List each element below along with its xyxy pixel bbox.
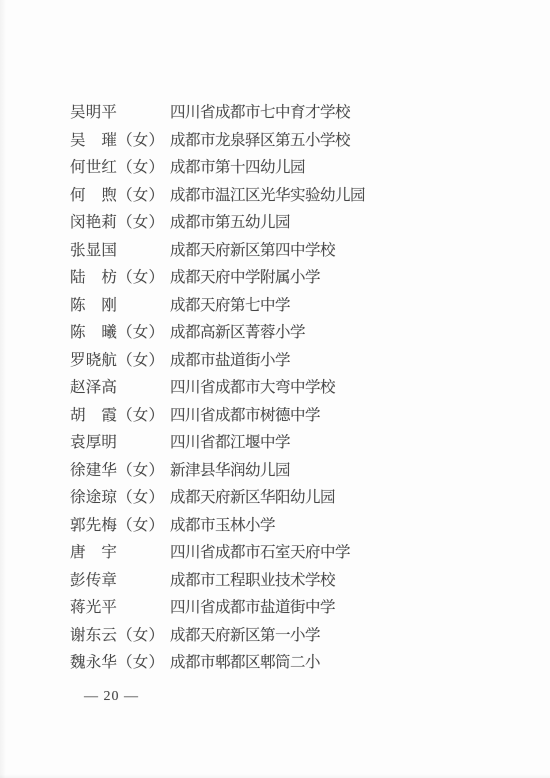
school-name: 成都市郫都区郫筒二小	[170, 649, 320, 677]
roster-row: 张显国 成都天府新区第四中学校	[70, 237, 510, 265]
roster-row: 唐 宇 四川省成都市石室天府中学	[70, 539, 510, 567]
person-name: 陈 曦（女）	[70, 319, 170, 347]
school-name: 成都市第十四幼儿园	[170, 154, 305, 182]
school-name: 成都天府新区第一小学	[170, 622, 320, 650]
person-name: 罗晓航（女）	[70, 347, 170, 375]
person-name: 陈 刚	[70, 292, 170, 320]
roster-row: 袁厚明 四川省都江堰中学	[70, 429, 510, 457]
school-name: 成都市玉林小学	[170, 512, 275, 540]
roster-row: 闵艳莉（女） 成都市第五幼儿园	[70, 209, 510, 237]
person-name: 袁厚明	[70, 429, 170, 457]
school-name: 成都市第五幼儿园	[170, 209, 290, 237]
school-name: 成都市盐道街小学	[170, 347, 290, 375]
person-name: 张显国	[70, 237, 170, 265]
roster-row: 赵泽高 四川省成都市大弯中学校	[70, 374, 510, 402]
school-name: 四川省成都市大弯中学校	[170, 374, 335, 402]
person-name: 彭传章	[70, 567, 170, 595]
school-name: 四川省成都市树德中学	[170, 402, 320, 430]
school-name: 成都市龙泉驿区第五小学校	[170, 127, 350, 155]
roster-row: 郭先梅（女） 成都市玉林小学	[70, 512, 510, 540]
roster-row: 陈 曦（女） 成都高新区菁蓉小学	[70, 319, 510, 347]
person-name: 吴 璀（女）	[70, 127, 170, 155]
roster-row: 陆 枋（女） 成都天府中学附属小学	[70, 264, 510, 292]
school-name: 成都高新区菁蓉小学	[170, 319, 305, 347]
roster-row: 何 煦（女） 成都市温江区光华实验幼儿园	[70, 182, 510, 210]
page-number: — 20 —	[84, 688, 139, 706]
school-name: 新津县华润幼儿园	[170, 457, 290, 485]
person-name: 何世红（女）	[70, 154, 170, 182]
person-name: 魏永华（女）	[70, 649, 170, 677]
roster-row: 胡 霞（女） 四川省成都市树德中学	[70, 402, 510, 430]
school-name: 四川省成都市七中育才学校	[170, 99, 350, 127]
person-name: 闵艳莉（女）	[70, 209, 170, 237]
school-name: 成都市温江区光华实验幼儿园	[170, 182, 365, 210]
school-name: 四川省成都市石室天府中学	[170, 539, 350, 567]
person-name: 郭先梅（女）	[70, 512, 170, 540]
school-name: 成都天府第七中学	[170, 292, 290, 320]
person-name: 谢东云（女）	[70, 622, 170, 650]
person-name: 蒋光平	[70, 594, 170, 622]
document-page: 吴明平 四川省成都市七中育才学校 吴 璀（女） 成都市龙泉驿区第五小学校 何世红…	[0, 0, 550, 778]
roster-row: 徐建华（女） 新津县华润幼儿园	[70, 457, 510, 485]
person-name: 唐 宇	[70, 539, 170, 567]
roster-row: 蒋光平 四川省成都市盐道街中学	[70, 594, 510, 622]
school-name: 成都天府新区华阳幼儿园	[170, 484, 335, 512]
roster-row: 彭传章 成都市工程职业技术学校	[70, 567, 510, 595]
roster-row: 谢东云（女） 成都天府新区第一小学	[70, 622, 510, 650]
school-name: 成都市工程职业技术学校	[170, 567, 335, 595]
person-name: 何 煦（女）	[70, 182, 170, 210]
roster-row: 徐途琼（女） 成都天府新区华阳幼儿园	[70, 484, 510, 512]
school-name: 四川省都江堰中学	[170, 429, 290, 457]
roster-row: 罗晓航（女） 成都市盐道街小学	[70, 347, 510, 375]
school-name: 四川省成都市盐道街中学	[170, 594, 335, 622]
person-name: 赵泽高	[70, 374, 170, 402]
roster-row: 吴 璀（女） 成都市龙泉驿区第五小学校	[70, 127, 510, 155]
roster-row: 何世红（女） 成都市第十四幼儿园	[70, 154, 510, 182]
person-name: 陆 枋（女）	[70, 264, 170, 292]
roster-row: 吴明平 四川省成都市七中育才学校	[70, 99, 510, 127]
person-name: 胡 霞（女）	[70, 402, 170, 430]
school-name: 成都天府中学附属小学	[170, 264, 320, 292]
roster-row: 陈 刚 成都天府第七中学	[70, 292, 510, 320]
school-name: 成都天府新区第四中学校	[170, 237, 335, 265]
roster-row: 魏永华（女） 成都市郫都区郫筒二小	[70, 649, 510, 677]
person-name: 徐途琼（女）	[70, 484, 170, 512]
person-name: 吴明平	[70, 99, 170, 127]
person-name: 徐建华（女）	[70, 457, 170, 485]
roster-list: 吴明平 四川省成都市七中育才学校 吴 璀（女） 成都市龙泉驿区第五小学校 何世红…	[70, 99, 510, 677]
